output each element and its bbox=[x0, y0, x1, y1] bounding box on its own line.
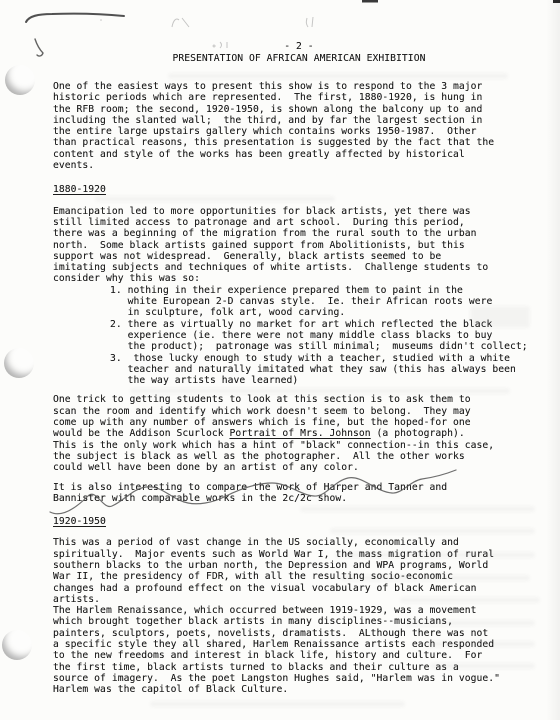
scurlock-paragraph: One trick to getting students to look at… bbox=[53, 394, 513, 473]
page-edge-shading bbox=[546, 0, 560, 720]
bleedthrough-smudge bbox=[400, 597, 540, 603]
bleedthrough-smudge bbox=[335, 552, 535, 558]
bleedthrough-smudge bbox=[168, 73, 508, 79]
list-item: 1. nothing in their experience prepared … bbox=[110, 285, 513, 319]
list-item: 2. there as virtually no market for art … bbox=[110, 319, 513, 353]
artwork-title-underlined: Portrait of Mrs. Johnson bbox=[229, 428, 370, 439]
bleedthrough-smudge bbox=[405, 620, 535, 626]
section-heading-1880-1920: 1880-1920 bbox=[53, 184, 513, 195]
hole-punch-bottom bbox=[2, 630, 32, 660]
hole-punch-middle bbox=[4, 348, 34, 378]
hole-punch-top bbox=[5, 65, 35, 95]
list-item: 3. those lucky enough to study with a te… bbox=[110, 353, 513, 387]
bleedthrough-smudge bbox=[130, 388, 510, 394]
emancipation-paragraph: Emancipation led to more opportunities f… bbox=[53, 206, 513, 285]
bleedthrough-smudge bbox=[95, 196, 335, 202]
bleedthrough-smudge bbox=[340, 575, 530, 581]
bleedthrough-smudge bbox=[470, 306, 530, 328]
scanned-document-page: - 2 -PRESENTATION OF AFRICAN AMERICAN EX… bbox=[0, 0, 560, 720]
heading-text: 1880-1920 bbox=[53, 184, 106, 195]
bleedthrough-smudge bbox=[150, 701, 405, 707]
bleedthrough-smudge bbox=[425, 641, 535, 647]
heading-text: 1920-1950 bbox=[53, 516, 106, 527]
page-header: - 2 -PRESENTATION OF AFRICAN AMERICAN EX… bbox=[0, 0, 560, 64]
period-change-paragraph: This was a period of vast change in the … bbox=[53, 537, 513, 695]
bleedthrough-smudge bbox=[300, 506, 535, 512]
bleedthrough-smudge bbox=[430, 663, 535, 669]
numbered-list: 1. nothing in their experience prepared … bbox=[110, 285, 513, 387]
bleedthrough-smudge bbox=[330, 528, 535, 534]
document-title: PRESENTATION OF AFRICAN AMERICAN EXHIBIT… bbox=[38, 53, 560, 65]
intro-paragraph: One of the easiest ways to present this … bbox=[53, 81, 513, 171]
compare-paragraph: It is also interesting to compare the wo… bbox=[53, 482, 513, 505]
page-number: - 2 - bbox=[38, 41, 560, 53]
section-heading-1920-1950: 1920-1950 bbox=[53, 516, 513, 527]
